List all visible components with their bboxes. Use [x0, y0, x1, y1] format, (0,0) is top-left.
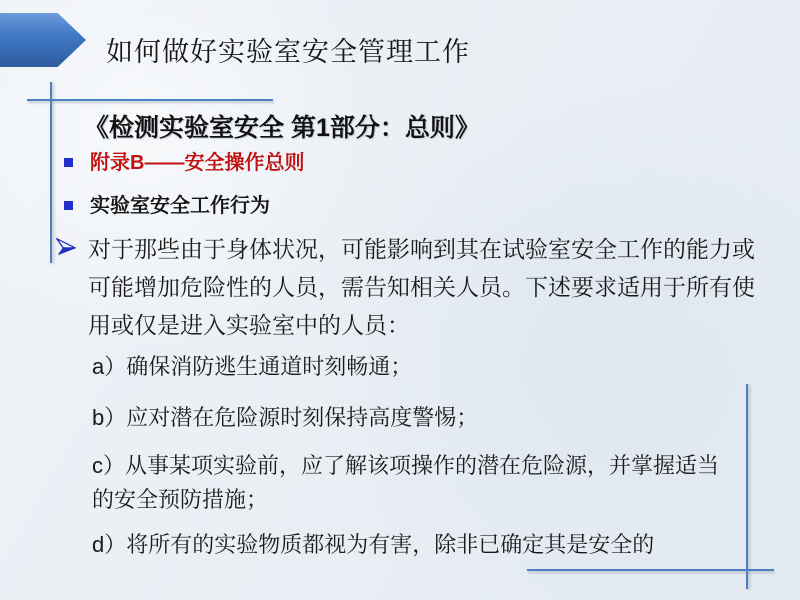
paragraph-text: 对于那些由于身体状况，可能影响到其在试验室安全工作的能力或 可能增加危险性的人员… [88, 230, 755, 344]
decor-line-horizontal-bottom-right [527, 569, 774, 571]
banner-arrow-icon [0, 13, 86, 67]
bullet-item-safety-behavior: 实验室安全工作行为 [64, 193, 270, 219]
list-item-b: b）应对潜在危险源时刻保持高度警惕； [92, 401, 478, 435]
list-item-a: a）确保消防逃生通道时刻畅通； [92, 350, 412, 384]
presentation-slide: 如何做好实验室安全管理工作 《检测实验室安全 第1部分：总则》 附录B——安全操… [0, 0, 800, 600]
list-item-c: c）从事某项实验前，应了解该项操作的潜在危险源，并掌握适当 的安全预防措施； [92, 449, 719, 517]
square-bullet-icon [64, 201, 73, 210]
bullet-item-safety-behavior-label: 实验室安全工作行为 [90, 193, 270, 219]
decor-line-horizontal-top-left [27, 99, 273, 101]
decor-line-vertical-top-left [50, 82, 52, 263]
list-item-d: d）将所有的实验物质都视为有害，除非已确定其是安全的 [92, 528, 654, 562]
bullet-item-appendix-b: 附录B——安全操作总则 [64, 150, 304, 176]
slide-title: 如何做好实验室安全管理工作 [106, 30, 470, 69]
bullet-item-appendix-b-label: 附录B——安全操作总则 [90, 150, 304, 176]
section-heading: 《检测实验室安全 第1部分：总则》 [84, 108, 480, 144]
arrow-bullet-paragraph: 对于那些由于身体状况，可能影响到其在试验室安全工作的能力或 可能增加危险性的人员… [54, 230, 755, 344]
square-bullet-icon [64, 158, 73, 167]
decor-line-vertical-bottom-right [746, 384, 748, 589]
arrow-bullet-icon [54, 235, 78, 259]
